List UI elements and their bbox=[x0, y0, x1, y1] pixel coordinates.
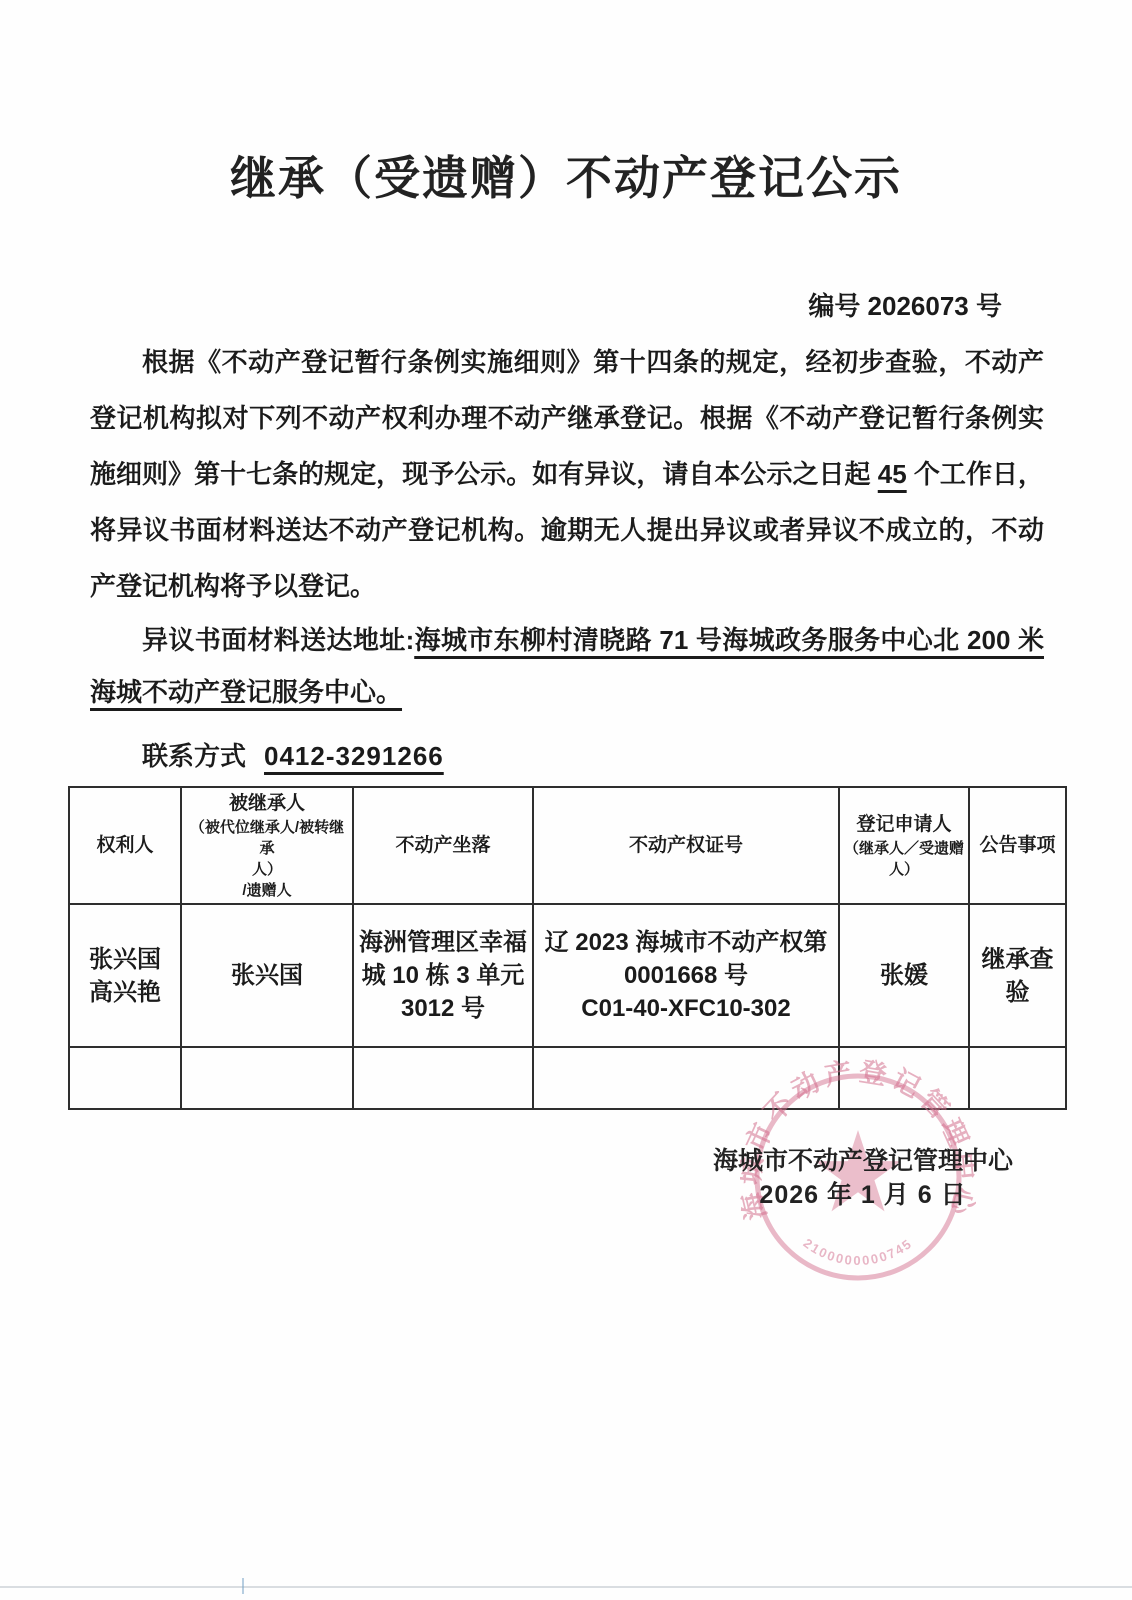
cell-notice-matter: 继承查验 bbox=[969, 904, 1066, 1047]
table-row-empty bbox=[69, 1047, 1066, 1109]
notice-body-paragraph: 根据《不动产登记暂行条例实施细则》第十四条的规定，经初步查验，不动产登记机构拟对… bbox=[90, 334, 1044, 614]
cell-decedent: 张兴国 bbox=[181, 904, 353, 1047]
contact-label: 联系方式 bbox=[142, 741, 246, 771]
address-label: 异议书面材料送达地址: bbox=[142, 625, 414, 655]
registration-table: 权利人 被继承人（被代位继承人/被转继承 人） /遗赠人 不动产坐落 不动产权证… bbox=[68, 786, 1067, 1110]
cell-applicant: 张媛 bbox=[839, 904, 969, 1047]
notice-title: 继承（受遗赠）不动产登记公示 bbox=[0, 142, 1132, 208]
table-header-row: 权利人 被继承人（被代位继承人/被转继承 人） /遗赠人 不动产坐落 不动产权证… bbox=[69, 787, 1066, 904]
stamp-serial: 2100000000745 bbox=[801, 1235, 916, 1268]
header-decedent: 被继承人（被代位继承人/被转继承 人） /遗赠人 bbox=[181, 787, 353, 904]
header-notice-matter: 公告事项 bbox=[969, 787, 1066, 904]
header-applicant: 登记申请人（继承人／受遗赠 人） bbox=[839, 787, 969, 904]
cell-property-location: 海洲管理区幸福 城 10 栋 3 单元 3012 号 bbox=[353, 904, 533, 1047]
header-property-location: 不动产坐落 bbox=[353, 787, 533, 904]
header-certificate-number: 不动产权证号 bbox=[533, 787, 839, 904]
objection-days: 45 bbox=[878, 459, 907, 489]
contact-phone: 0412-3291266 bbox=[264, 741, 444, 771]
scan-artifact-tick bbox=[242, 1578, 244, 1594]
scan-artifact-line bbox=[0, 1586, 1132, 1588]
doc-number: 编号 2026073 号 bbox=[808, 286, 1002, 323]
header-right-holder: 权利人 bbox=[69, 787, 181, 904]
cell-certificate-number: 辽 2023 海城市不动产权第 0001668 号 C01-40-XFC10-3… bbox=[533, 904, 839, 1047]
table-row: 张兴国 高兴艳 张兴国 海洲管理区幸福 城 10 栋 3 单元 3012 号 辽… bbox=[69, 904, 1066, 1047]
issuing-org: 海城市不动产登记管理中心 bbox=[713, 1146, 1013, 1176]
issue-date: 2026 年 1 月 6 日 bbox=[713, 1180, 1013, 1210]
contact-line: 联系方式0412-3291266 bbox=[142, 736, 444, 773]
document-page: 继承（受遗赠）不动产登记公示 编号 2026073 号 根据《不动产登记暂行条例… bbox=[0, 0, 1132, 1600]
cell-right-holder: 张兴国 高兴艳 bbox=[69, 904, 181, 1047]
objection-address-paragraph: 异议书面材料送达地址:海城市东柳村清晓路 71 号海城政务服务中心北 200 米… bbox=[90, 614, 1044, 718]
